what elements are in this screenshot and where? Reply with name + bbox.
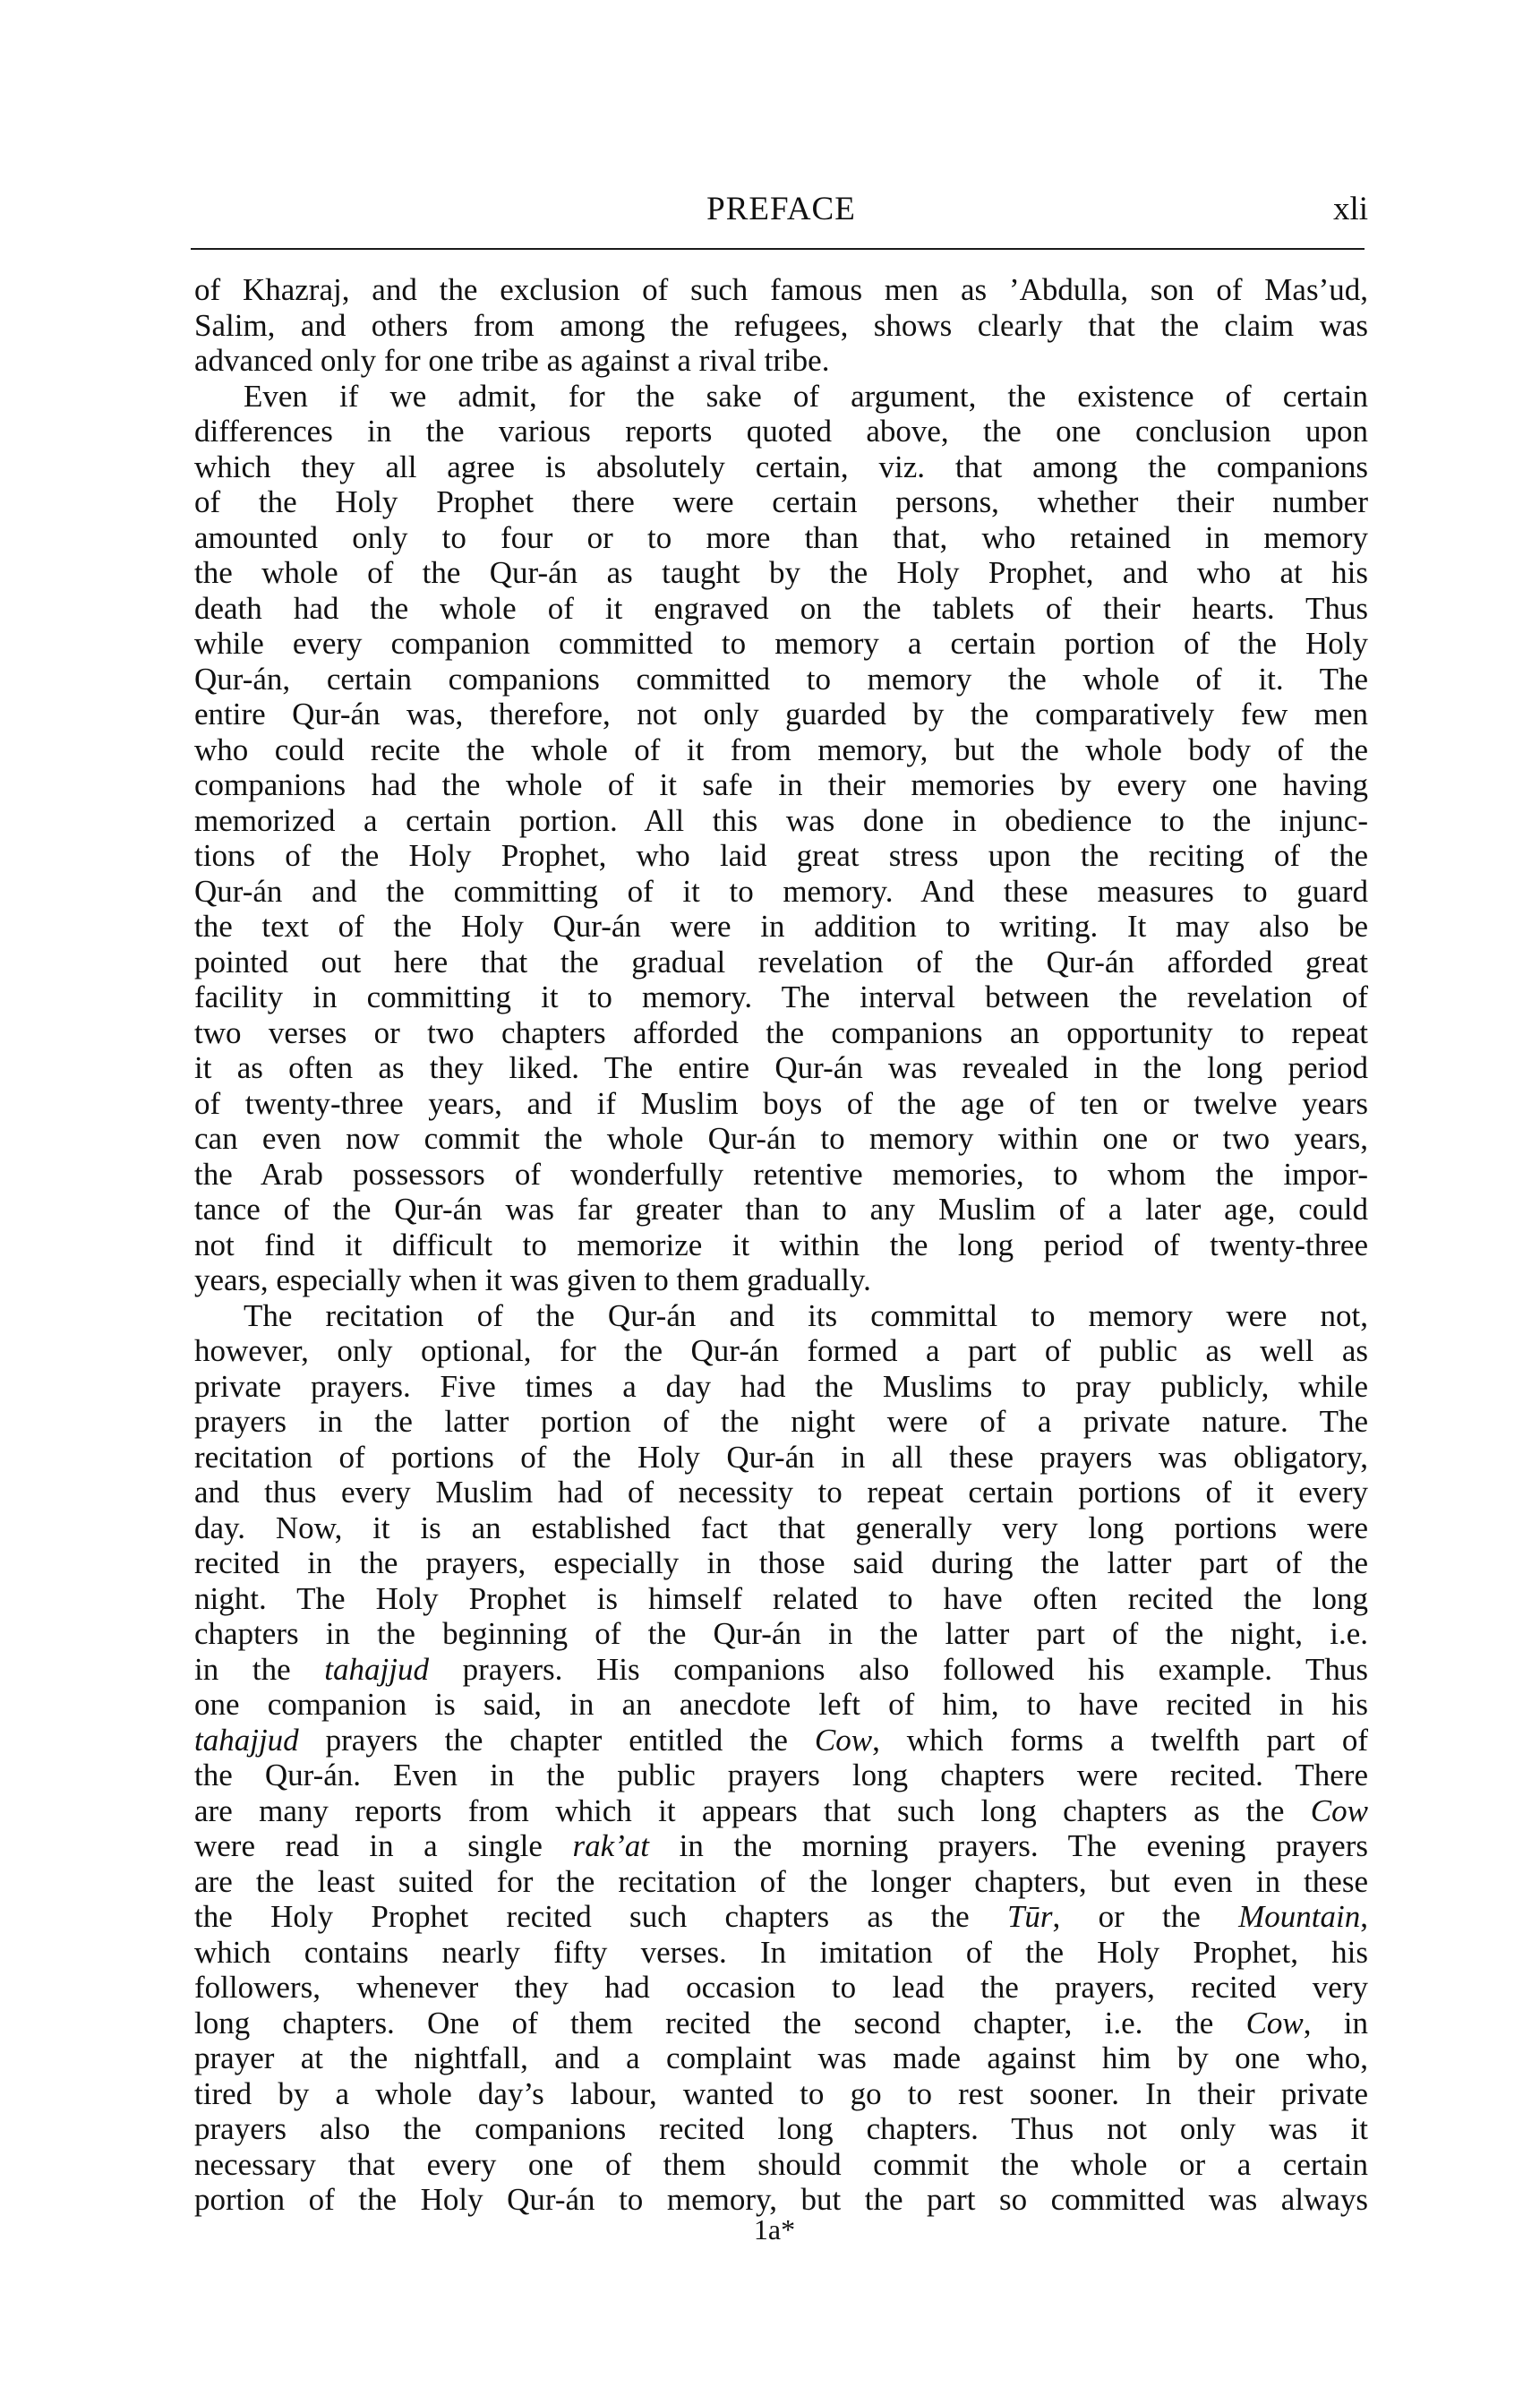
text-line: death had the whole of it engraved on th… xyxy=(194,591,1368,627)
text-line: of twenty-three years, and if Muslim boy… xyxy=(194,1086,1368,1122)
text-line: of the Holy Prophet there were certain p… xyxy=(194,484,1368,520)
text-line: years, especially when it was given to t… xyxy=(194,1262,1368,1298)
text-line: in the tahajjud prayers. His companions … xyxy=(194,1652,1368,1688)
text-line: differences in the various reports quote… xyxy=(194,414,1368,449)
text-line: however, only optional, for the Qur-án f… xyxy=(194,1333,1368,1369)
text-line: which they all agree is absolutely certa… xyxy=(194,449,1368,485)
text-line: amounted only to four or to more than th… xyxy=(194,520,1368,556)
italic-term: Cow xyxy=(1246,2006,1304,2040)
text-line: tance of the Qur-án was far greater than… xyxy=(194,1192,1368,1228)
text-line: day. Now, it is an established fact that… xyxy=(194,1510,1368,1546)
text-line: while every companion committed to memor… xyxy=(194,626,1368,662)
running-head: PREFACE xyxy=(194,190,1368,229)
text-line: of Khazraj, and the exclusion of such fa… xyxy=(194,272,1368,308)
body-text: of Khazraj, and the exclusion of such fa… xyxy=(194,272,1368,2218)
text-line: and thus every Muslim had of necessity t… xyxy=(194,1475,1368,1510)
text-line: chapters in the beginning of the Qur-án … xyxy=(194,1616,1368,1652)
text-line: Qur-án and the committing of it to memor… xyxy=(194,874,1368,910)
text-line: facility in committing it to memory. The… xyxy=(194,980,1368,1015)
italic-term: Mountain xyxy=(1238,1899,1360,1934)
text-line: portion of the Holy Qur-án to memory, bu… xyxy=(194,2182,1368,2218)
text-line: Salim, and others from among the refugee… xyxy=(194,308,1368,344)
signature-mark-text: 1a* xyxy=(754,2213,795,2246)
text-line: prayers also the companions recited long… xyxy=(194,2111,1368,2147)
signature-mark: 1a* xyxy=(0,2213,1540,2246)
text-line: prayer at the nightfall, and a complaint… xyxy=(194,2040,1368,2076)
page-number: xli xyxy=(1333,190,1368,229)
text-line: the Qur-án. Even in the public prayers l… xyxy=(194,1758,1368,1793)
italic-term: tahajjud xyxy=(324,1652,429,1687)
text-line: not find it difficult to memorize it wit… xyxy=(194,1228,1368,1263)
header-rule xyxy=(191,248,1365,250)
text-line: tired by a whole day’s labour, wanted to… xyxy=(194,2076,1368,2112)
text-line: the whole of the Qur-án as taught by the… xyxy=(194,555,1368,591)
text-line: prayers in the latter portion of the nig… xyxy=(194,1404,1368,1440)
text-line: it as often as they liked. The entire Qu… xyxy=(194,1050,1368,1086)
text-line: the Arab possessors of wonderfully reten… xyxy=(194,1157,1368,1193)
text-line: pointed out here that the gradual revela… xyxy=(194,945,1368,980)
text-line: the text of the Holy Qur-án were in addi… xyxy=(194,909,1368,945)
text-line: night. The Holy Prophet is himself relat… xyxy=(194,1581,1368,1617)
italic-term: Cow xyxy=(815,1723,872,1758)
text-line: two verses or two chapters afforded the … xyxy=(194,1015,1368,1051)
page-header: PREFACE xli xyxy=(194,190,1368,229)
text-line: memorized a certain portion. All this wa… xyxy=(194,803,1368,839)
italic-term: Cow xyxy=(1311,1793,1368,1828)
text-line: who could recite the whole of it from me… xyxy=(194,732,1368,768)
text-line: the Holy Prophet recited such chapters a… xyxy=(194,1899,1368,1935)
text-line: are many reports from which it appears t… xyxy=(194,1793,1368,1829)
text-line: advanced only for one tribe as against a… xyxy=(194,343,1368,379)
text-line: tions of the Holy Prophet, who laid grea… xyxy=(194,838,1368,874)
text-line: tahajjud prayers the chapter entitled th… xyxy=(194,1723,1368,1758)
italic-term: rak’at xyxy=(572,1828,649,1863)
text-line: Qur-án, certain companions committed to … xyxy=(194,662,1368,697)
text-line: private prayers. Five times a day had th… xyxy=(194,1369,1368,1405)
text-line: can even now commit the whole Qur-án to … xyxy=(194,1121,1368,1157)
text-line: one companion is said, in an anecdote le… xyxy=(194,1687,1368,1723)
text-line: which contains nearly fifty verses. In i… xyxy=(194,1935,1368,1971)
italic-term: Tūr xyxy=(1007,1899,1053,1934)
text-line: recited in the prayers, especially in th… xyxy=(194,1545,1368,1581)
text-line: were read in a single rak’at in the morn… xyxy=(194,1828,1368,1864)
text-line: entire Qur-án was, therefore, not only g… xyxy=(194,697,1368,732)
text-line: long chapters. One of them recited the s… xyxy=(194,2006,1368,2041)
text-line: are the least suited for the recitation … xyxy=(194,1864,1368,1900)
text-line: recitation of portions of the Holy Qur-á… xyxy=(194,1440,1368,1476)
text-line: necessary that every one of them should … xyxy=(194,2147,1368,2183)
text-line: followers, whenever they had occasion to… xyxy=(194,1970,1368,2006)
text-line: The recitation of the Qur-án and its com… xyxy=(194,1298,1368,1334)
italic-term: tahajjud xyxy=(194,1723,299,1758)
text-line: companions had the whole of it safe in t… xyxy=(194,767,1368,803)
text-line: Even if we admit, for the sake of argume… xyxy=(194,379,1368,415)
